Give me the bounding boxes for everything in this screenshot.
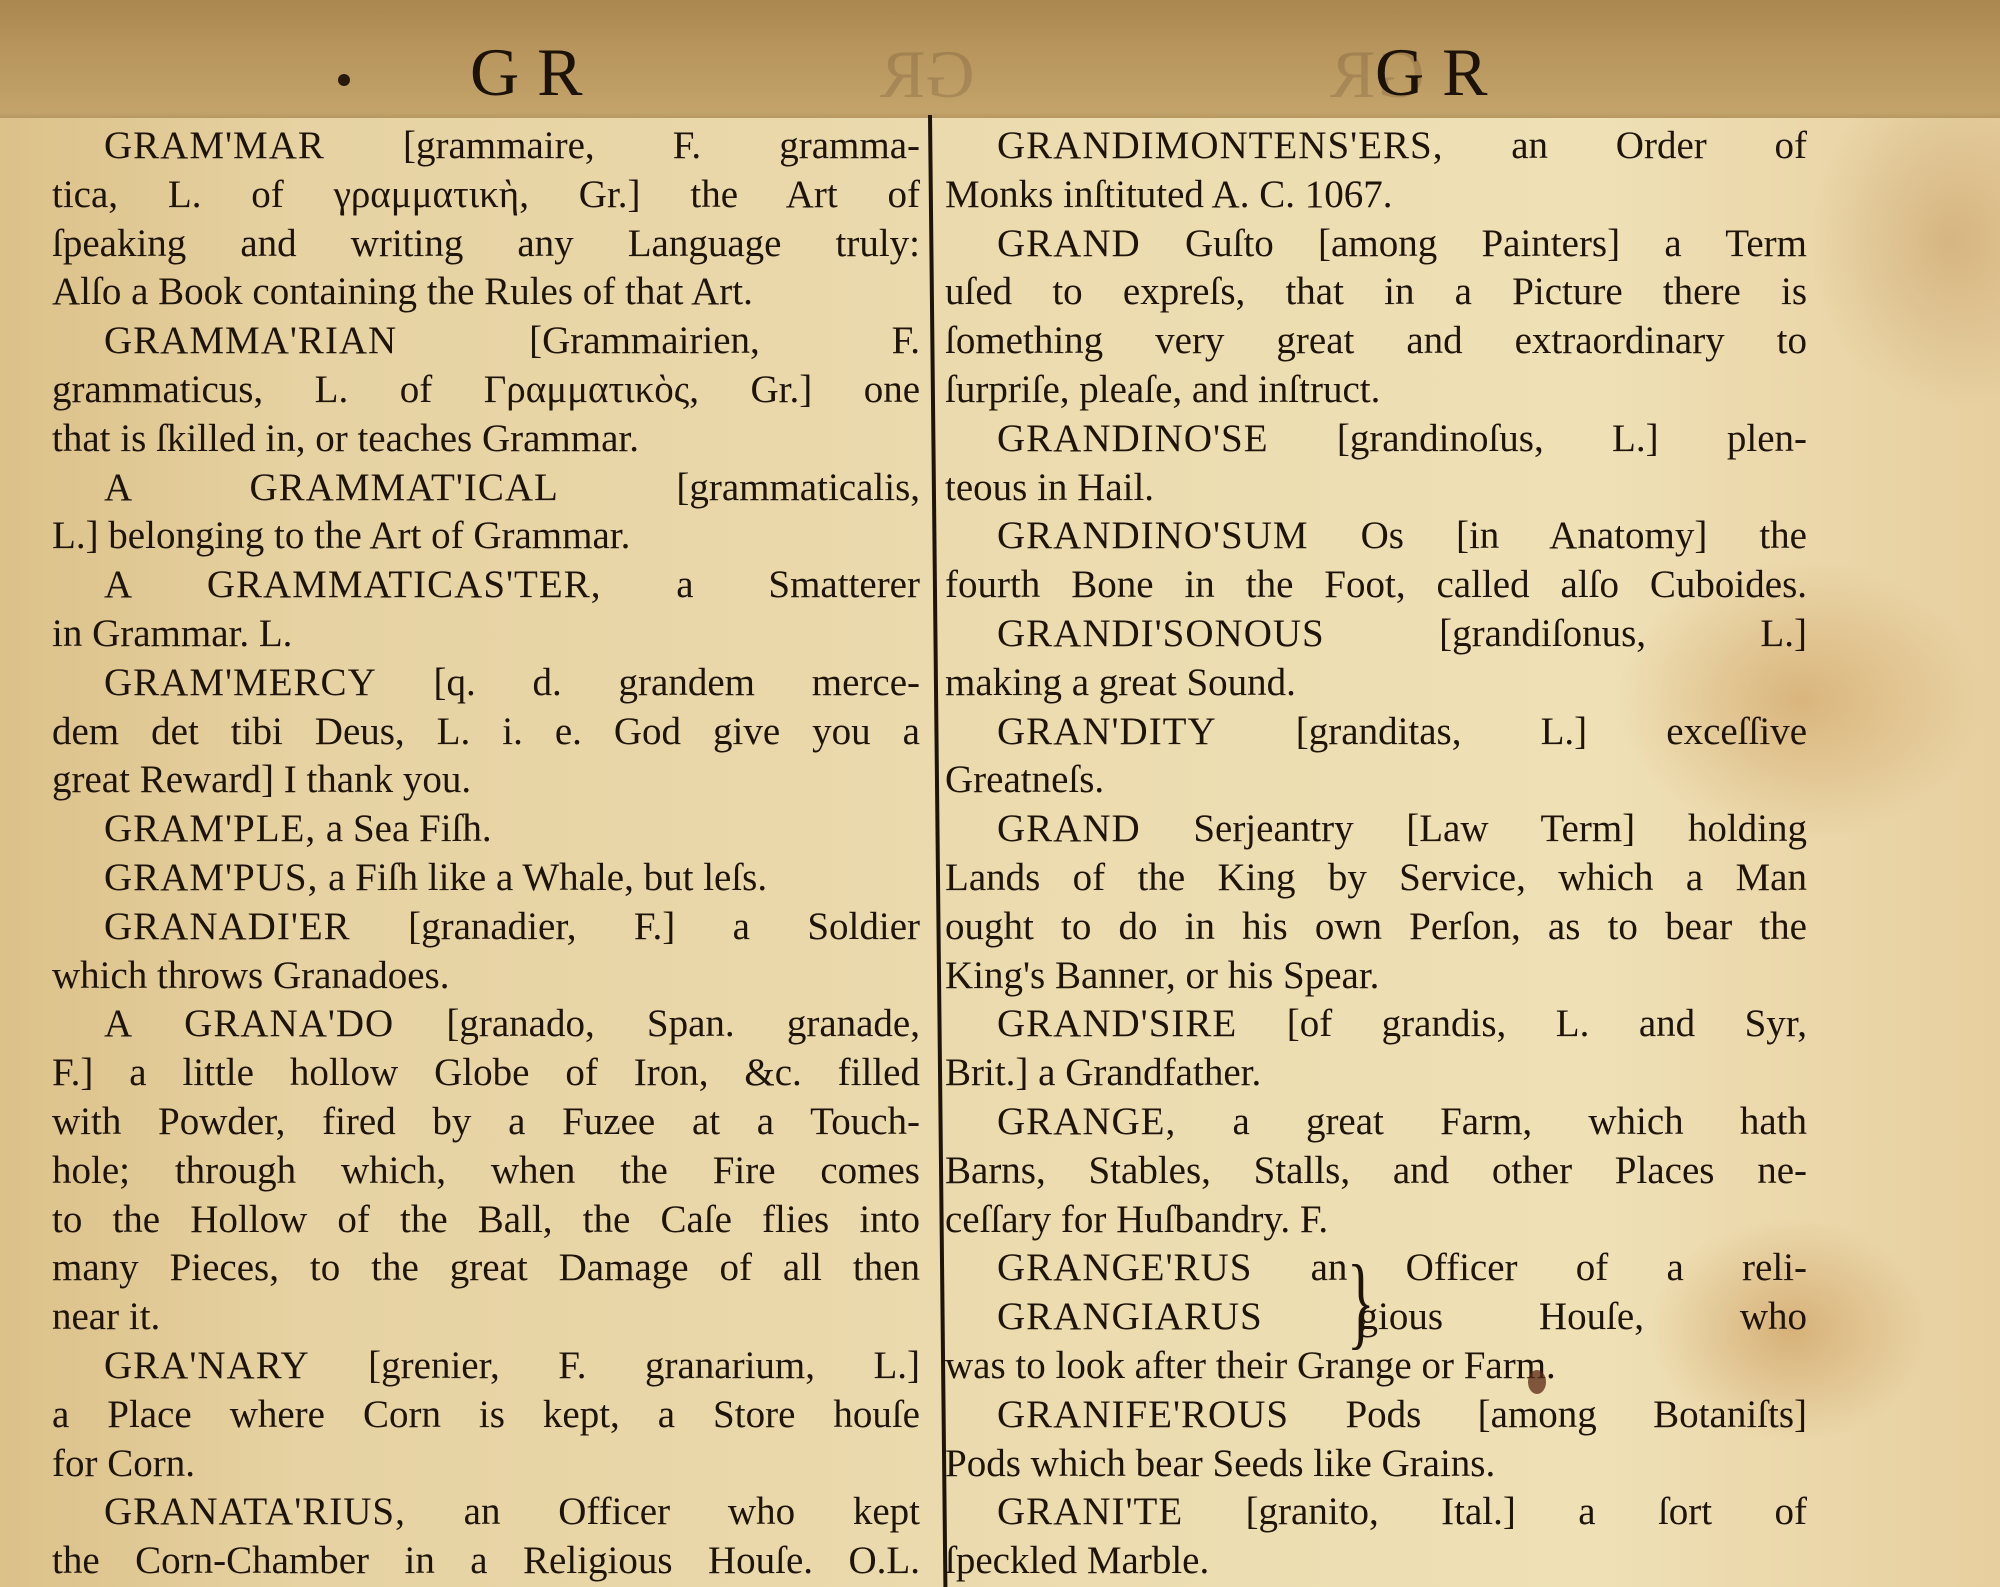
left-column: GRAM'MAR [grammaire, F. gramma-tica, L. …: [52, 122, 920, 1586]
definition-text: Os [in Anatomy] the: [1309, 514, 1807, 557]
headword: A GRAMMATICAS'TER,: [104, 563, 601, 606]
dictionary-text-line: ſpeckled Marble.: [945, 1537, 1807, 1586]
headword: GRANATA'RIUS,: [104, 1490, 406, 1533]
definition-text: [granditas, L.] exceſſive: [1217, 710, 1807, 753]
headword: A GRAMMAT'ICAL: [104, 466, 559, 509]
dictionary-text-line: ceſſary for Huſbandry. F.: [945, 1196, 1807, 1245]
headword: GRANIFE'ROUS: [997, 1393, 1289, 1436]
headword: GRAM'PLE,: [104, 807, 316, 850]
definition-text: making a great Sound.: [945, 661, 1296, 704]
definition-text: grammaticus, L. of Γραμματικὸς, Gr.] one: [52, 368, 920, 411]
ink-dot: [338, 74, 350, 86]
definition-text: Pods which bear Seeds like Grains.: [945, 1442, 1495, 1485]
definition-text: L.] belonging to the Art of Grammar.: [52, 514, 630, 557]
definition-text: that is ſkilled in, or teaches Grammar.: [52, 417, 639, 460]
dictionary-text-line: Greatneſs.: [945, 756, 1807, 805]
definition-text: King's Banner, or his Spear.: [945, 954, 1379, 997]
dictionary-entry-line: GRANDINO'SE [grandinoſus, L.] plen-: [945, 415, 1807, 464]
dictionary-text-line: grammaticus, L. of Γραμματικὸς, Gr.] one: [52, 366, 920, 415]
definition-text: ſpeckled Marble.: [945, 1539, 1209, 1582]
headword: A GRANA'DO: [104, 1002, 394, 1045]
definition-text: [granadier, F.] a Soldier: [351, 905, 920, 948]
headword: GRANDINO'SUM: [997, 514, 1309, 557]
dictionary-text-line: Alſo a Book containing the Rules of that…: [52, 268, 920, 317]
headword: GRAMMA'RIAN: [104, 319, 397, 362]
definition-text: [Grammairien, F.: [397, 319, 920, 362]
definition-text: an Order of: [1443, 124, 1807, 167]
definition-text: [grenier, F. granarium, L.]: [310, 1344, 920, 1387]
dictionary-entry-line: A GRAMMATICAS'TER, a Smatterer: [52, 561, 920, 610]
dictionary-text-line: that is ſkilled in, or teaches Grammar.: [52, 415, 920, 464]
dictionary-text-line: a Place where Corn is kept, a Store houſ…: [52, 1391, 920, 1440]
dictionary-text-line: dem det tibi Deus, L. i. e. God give you…: [52, 708, 920, 757]
headword: GRANDI'SONOUS: [997, 612, 1325, 655]
dictionary-text-line: great Reward] I thank you.: [52, 756, 920, 805]
dictionary-entry-line: GRANGIARUS gious Houſe, who: [945, 1293, 1807, 1342]
running-head-left: GR: [470, 38, 600, 106]
dictionary-page: GR GR GR GR GRAM'MAR [grammaire, F. gram…: [0, 0, 2000, 1587]
dictionary-text-line: ſurpriſe, pleaſe, and inſtruct.: [945, 366, 1807, 415]
definition-text: uſed to expreſs, that in a Picture there…: [945, 270, 1807, 313]
definition-text: for Corn.: [52, 1442, 195, 1485]
dictionary-entry-line: GRANIFE'ROUS Pods [among Botaniſts]: [945, 1391, 1807, 1440]
dictionary-entry-line: GRANDI'SONOUS [grandiſonus, L.]: [945, 610, 1807, 659]
headword: GRANADI'ER: [104, 905, 351, 948]
dictionary-text-line: for Corn.: [52, 1440, 920, 1489]
dictionary-text-line: tica, L. of γραμματικὴ, Gr.] the Art of: [52, 171, 920, 220]
definition-text: Serjeantry [Law Term] holding: [1141, 807, 1807, 850]
dictionary-text-line: Barns, Stables, Stalls, and other Places…: [945, 1147, 1807, 1196]
dictionary-text-line: F.] a little hollow Globe of Iron, &c. f…: [52, 1049, 920, 1098]
dictionary-text-line: making a great Sound.: [945, 659, 1807, 708]
headword: GRAN'DITY: [997, 710, 1217, 753]
dictionary-text-line: Pods which bear Seeds like Grains.: [945, 1440, 1807, 1489]
definition-text: Lands of the King by Service, which a Ma…: [945, 856, 1807, 899]
definition-text: an Officer who kept: [406, 1490, 920, 1533]
definition-text: [grandiſonus, L.]: [1325, 612, 1807, 655]
definition-text: a Sea Fiſh.: [316, 807, 491, 850]
dictionary-text-line: ought to do in his own Perſon, as to bea…: [945, 903, 1807, 952]
definition-text: Brit.] a Grandfather.: [945, 1051, 1261, 1094]
definition-text: with Powder, fired by a Fuzee at a Touch…: [52, 1100, 920, 1143]
definition-text: [of grandis, L. and Syr,: [1237, 1002, 1807, 1045]
dictionary-entry-line: GRANDIMONTENS'ERS, an Order of: [945, 122, 1807, 171]
dictionary-entry-line: GRA'NARY [grenier, F. granarium, L.]: [52, 1342, 920, 1391]
right-column: GRANDIMONTENS'ERS, an Order ofMonks inſt…: [945, 122, 1807, 1586]
dictionary-text-line: hole; through which, when the Fire comes: [52, 1147, 920, 1196]
definition-text: Alſo a Book containing the Rules of that…: [52, 270, 753, 313]
dictionary-entry-line: GRAMMA'RIAN [Grammairien, F.: [52, 317, 920, 366]
dictionary-entry-line: A GRANA'DO [granado, Span. granade,: [52, 1000, 920, 1049]
dictionary-text-line: which throws Granadoes.: [52, 952, 920, 1001]
running-head-right: GR: [1375, 38, 1505, 106]
definition-text: ſpeaking and writing any Language truly:: [52, 222, 920, 265]
definition-text: F.] a little hollow Globe of Iron, &c. f…: [52, 1051, 920, 1094]
definition-text: to the Hollow of the Ball, the Caſe flie…: [52, 1198, 920, 1241]
dictionary-text-line: near it.: [52, 1293, 920, 1342]
dictionary-text-line: L.] belonging to the Art of Grammar.: [52, 512, 920, 561]
definition-text: a Fiſh like a Whale, but leſs.: [318, 856, 767, 899]
dictionary-text-line: the Corn-Chamber in a Religious Houſe. O…: [52, 1537, 920, 1586]
dictionary-entry-line: GRANGE'RUS an Officer of a reli-: [945, 1244, 1807, 1293]
definition-text: an Officer of a reli-: [1252, 1246, 1807, 1289]
definition-text: ſomething very great and extraordinary t…: [945, 319, 1807, 362]
headword: GRANGIARUS: [997, 1295, 1263, 1338]
definition-text: hole; through which, when the Fire comes: [52, 1149, 920, 1192]
headword: GRANGE'RUS: [997, 1246, 1252, 1289]
definition-text: gious Houſe, who: [1263, 1295, 1807, 1338]
dictionary-text-line: to the Hollow of the Ball, the Caſe flie…: [52, 1196, 920, 1245]
dictionary-entry-line: GRAND Serjeantry [Law Term] holding: [945, 805, 1807, 854]
headword: GRANGE,: [997, 1100, 1176, 1143]
definition-text: a great Farm, which hath: [1176, 1100, 1807, 1143]
dictionary-entry-line: GRAN'DITY [granditas, L.] exceſſive: [945, 708, 1807, 757]
headword: GRAM'MERCY: [104, 661, 377, 704]
definition-text: a Place where Corn is kept, a Store houſ…: [52, 1393, 920, 1436]
dictionary-entry-line: GRAM'MERCY [q. d. grandem merce-: [52, 659, 920, 708]
dictionary-text-line: ſpeaking and writing any Language truly:: [52, 220, 920, 269]
headword: GRAM'MAR: [104, 124, 325, 167]
headword: GRAND: [997, 222, 1141, 265]
dictionary-text-line: fourth Bone in the Foot, called alſo Cub…: [945, 561, 1807, 610]
headword: GRA'NARY: [104, 1344, 310, 1387]
headword: GRANI'TE: [997, 1490, 1183, 1533]
definition-text: ought to do in his own Perſon, as to bea…: [945, 905, 1807, 948]
dictionary-entry-line: GRAM'PUS, a Fiſh like a Whale, but leſs.: [52, 854, 920, 903]
definition-text: many Pieces, to the great Damage of all …: [52, 1246, 920, 1289]
dictionary-entry-line: GRAND'SIRE [of grandis, L. and Syr,: [945, 1000, 1807, 1049]
dictionary-text-line: King's Banner, or his Spear.: [945, 952, 1807, 1001]
headword: GRAM'PUS,: [104, 856, 318, 899]
definition-text: [grammaticalis,: [559, 466, 920, 509]
headword: GRAND'SIRE: [997, 1002, 1237, 1045]
definition-text: ceſſary for Huſbandry. F.: [945, 1198, 1328, 1241]
definition-text: [granado, Span. granade,: [394, 1002, 920, 1045]
dictionary-text-line: Lands of the King by Service, which a Ma…: [945, 854, 1807, 903]
dictionary-text-line: in Grammar. L.: [52, 610, 920, 659]
dictionary-entry-line: GRAM'PLE, a Sea Fiſh.: [52, 805, 920, 854]
definition-text: tica, L. of γραμματικὴ, Gr.] the Art of: [52, 173, 920, 216]
definition-text: which throws Granadoes.: [52, 954, 449, 997]
definition-text: [granito, Ital.] a ſort of: [1183, 1490, 1807, 1533]
dictionary-entry-line: GRAND Guſto [among Painters] a Term: [945, 220, 1807, 269]
headword: GRAND: [997, 807, 1141, 850]
dictionary-text-line: uſed to expreſs, that in a Picture there…: [945, 268, 1807, 317]
definition-text: Pods [among Botaniſts]: [1289, 1393, 1807, 1436]
definition-text: great Reward] I thank you.: [52, 758, 471, 801]
grouping-brace: }: [1347, 1250, 1374, 1354]
definition-text: Greatneſs.: [945, 758, 1104, 801]
definition-text: Monks inſtituted A. C. 1067.: [945, 173, 1392, 216]
definition-text: ſurpriſe, pleaſe, and inſtruct.: [945, 368, 1380, 411]
definition-text: was to look after their Grange or Farm.: [945, 1344, 1556, 1387]
right-column-entries: GRANDIMONTENS'ERS, an Order ofMonks inſt…: [945, 122, 1807, 1586]
dictionary-text-line: many Pieces, to the great Damage of all …: [52, 1244, 920, 1293]
left-column-entries: GRAM'MAR [grammaire, F. gramma-tica, L. …: [52, 122, 920, 1586]
dictionary-text-line: with Powder, fired by a Fuzee at a Touch…: [52, 1098, 920, 1147]
definition-text: Barns, Stables, Stalls, and other Places…: [945, 1149, 1807, 1192]
headword: GRANDINO'SE: [997, 417, 1269, 460]
definition-text: [q. d. grandem merce-: [377, 661, 920, 704]
dictionary-text-line: was to look after their Grange or Farm.: [945, 1342, 1807, 1391]
dictionary-text-line: Brit.] a Grandfather.: [945, 1049, 1807, 1098]
headword: GRANDIMONTENS'ERS,: [997, 124, 1443, 167]
dictionary-entry-line: GRANATA'RIUS, an Officer who kept: [52, 1488, 920, 1537]
definition-text: Guſto [among Painters] a Term: [1141, 222, 1807, 265]
definition-text: the Corn-Chamber in a Religious Houſe. O…: [52, 1539, 920, 1582]
dictionary-entry-line: GRANI'TE [granito, Ital.] a ſort of: [945, 1488, 1807, 1537]
page-header-band: [0, 0, 2000, 118]
dictionary-text-line: Monks inſtituted A. C. 1067.: [945, 171, 1807, 220]
definition-text: in Grammar. L.: [52, 612, 292, 655]
dictionary-text-line: teous in Hail.: [945, 464, 1807, 513]
definition-text: [grandinoſus, L.] plen-: [1269, 417, 1807, 460]
definition-text: teous in Hail.: [945, 466, 1154, 509]
dictionary-entry-line: GRANADI'ER [granadier, F.] a Soldier: [52, 903, 920, 952]
dictionary-entry-line: A GRAMMAT'ICAL [grammaticalis,: [52, 464, 920, 513]
definition-text: dem det tibi Deus, L. i. e. God give you…: [52, 710, 920, 753]
dictionary-entry-line: GRAM'MAR [grammaire, F. gramma-: [52, 122, 920, 171]
definition-text: a Smatterer: [601, 563, 920, 606]
definition-text: near it.: [52, 1295, 160, 1338]
show-through-text: GR: [880, 40, 974, 108]
ink-stain: [1528, 1370, 1546, 1394]
dictionary-entry-line: GRANDINO'SUM Os [in Anatomy] the: [945, 512, 1807, 561]
dictionary-text-line: ſomething very great and extraordinary t…: [945, 317, 1807, 366]
definition-text: [grammaire, F. gramma-: [325, 124, 920, 167]
definition-text: fourth Bone in the Foot, called alſo Cub…: [945, 563, 1807, 606]
dictionary-entry-line: GRANGE, a great Farm, which hath: [945, 1098, 1807, 1147]
